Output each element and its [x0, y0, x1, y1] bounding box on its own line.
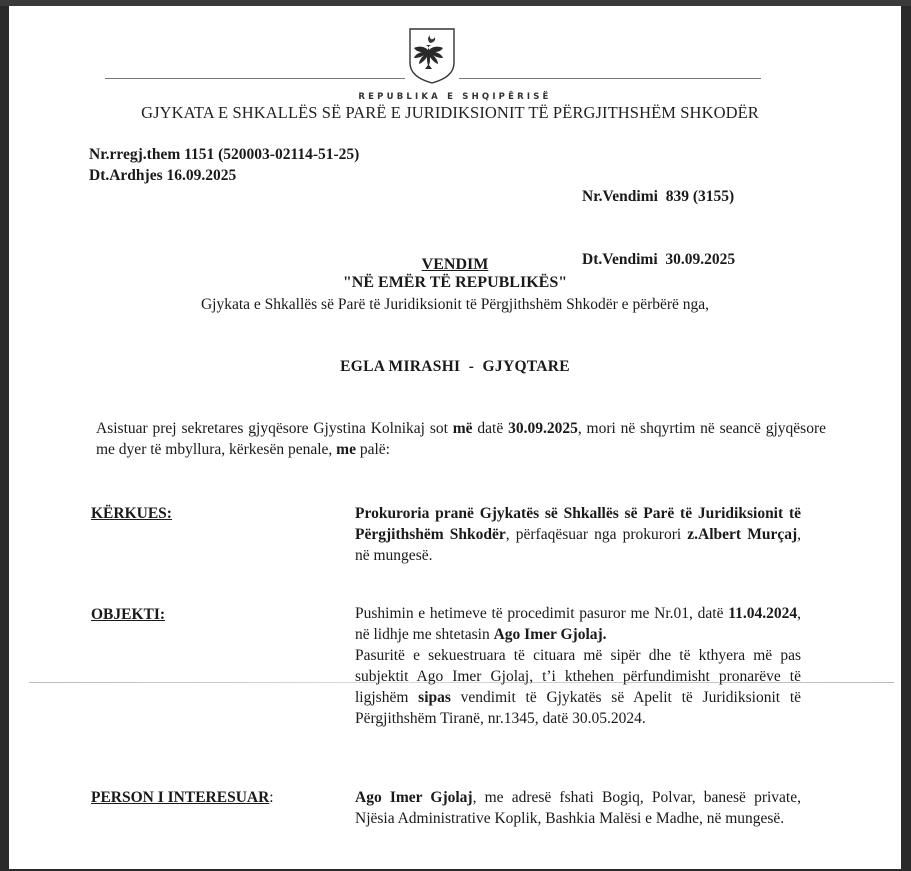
scan-artifact-line: [29, 682, 894, 683]
object-label: OBJEKTI:: [91, 606, 165, 624]
document-subheading: "NË EMËR TË REPUBLIKËS": [9, 274, 901, 292]
requester-label: KËRKUES:: [91, 505, 172, 523]
albanian-coat-of-arms-icon: [408, 27, 456, 85]
court-composition: Gjykata e Shkallës së Parë të Juridiksio…: [29, 296, 881, 314]
header-rule-left: [105, 78, 405, 79]
registration-number: Nr.rregj.them 1151 (520003-02114-51-25): [89, 144, 359, 165]
intro-paragraph: Asistuar prej sekretares gjyqësore Gjyst…: [96, 418, 826, 460]
court-name: GJYKATA E SHKALLËS SË PARË E JURIDIKSION…: [9, 103, 891, 123]
requester-value: Prokuroria pranë Gjykatës së Shkallës së…: [355, 503, 801, 566]
case-meta-left: Nr.rregj.them 1151 (520003-02114-51-25) …: [89, 144, 359, 186]
judge-name: EGLA MIRASHI - GJYQTARE: [9, 358, 901, 376]
republic-label: REPUBLIKA E SHQIPËRISË: [9, 92, 901, 102]
object-value: Pushimin e hetimeve të procedimit pasuro…: [355, 603, 801, 729]
interested-person-value: Ago Imer Gjolaj, me adresë fshati Bogiq,…: [355, 787, 801, 829]
decision-number: Nr.Vendimi 839 (3155): [582, 186, 735, 207]
document-page: REPUBLIKA E SHQIPËRISË GJYKATA E SHKALLË…: [9, 6, 901, 869]
interested-person-label: PERSON I INTERESUAR:: [91, 789, 274, 807]
document-heading: VENDIM: [9, 256, 901, 274]
arrival-date: Dt.Ardhjes 16.09.2025: [89, 165, 359, 186]
header-rule-right: [459, 78, 761, 79]
